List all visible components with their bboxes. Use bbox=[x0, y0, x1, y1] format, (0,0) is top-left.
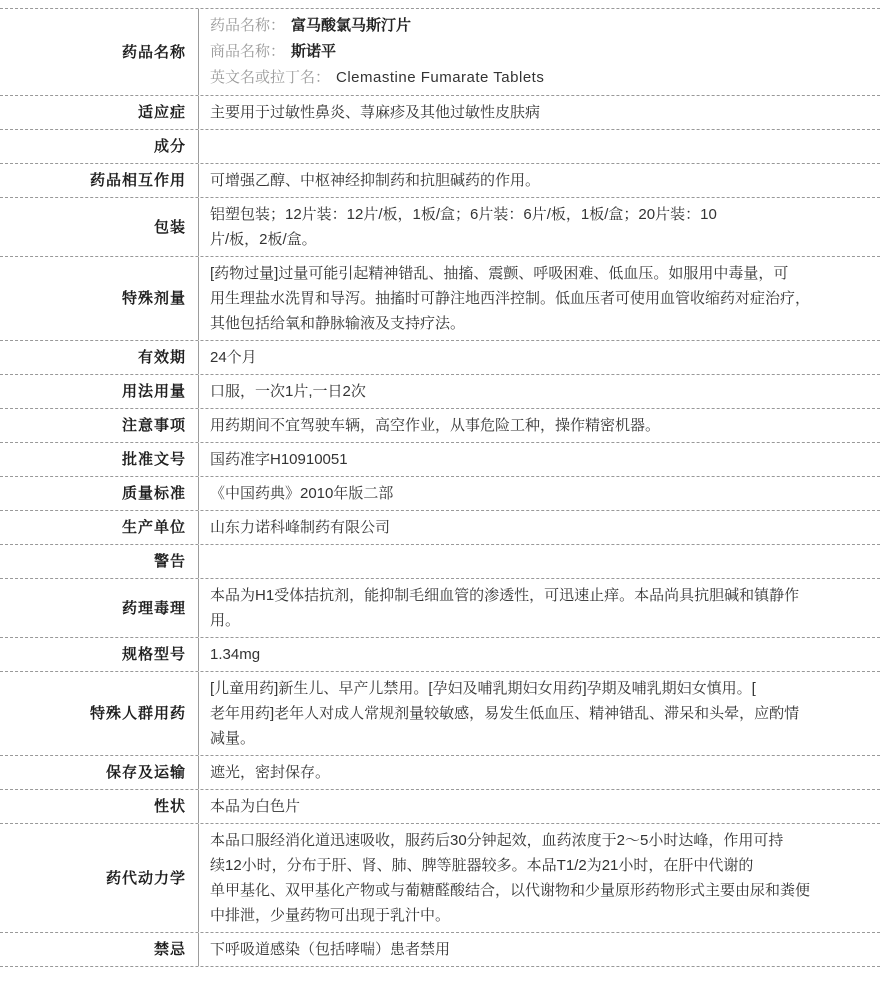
table-row-specification: 规格型号 1.34mg bbox=[0, 638, 880, 672]
row-value: 1.34mg bbox=[199, 638, 880, 671]
row-label: 药品相互作用 bbox=[0, 164, 199, 197]
table-row-approval-number: 批准文号 国药准字H10910051 bbox=[0, 443, 880, 477]
table-row-ingredients: 成分 bbox=[0, 130, 880, 164]
row-label: 注意事项 bbox=[0, 409, 199, 442]
table-row-pharmacokinetics: 药代动力学 本品口服经消化道迅速吸收，服药后30分钟起效，血药浓度于2～5小时达… bbox=[0, 824, 880, 933]
generic-name-key: 药品名称： bbox=[210, 17, 285, 34]
row-label: 成分 bbox=[0, 130, 199, 163]
table-row-indications: 适应症 主要用于过敏性鼻炎、荨麻疹及其他过敏性皮肤病 bbox=[0, 96, 880, 130]
row-value: 可增强乙醇、中枢神经抑制药和抗胆碱药的作用。 bbox=[199, 164, 880, 197]
row-label: 批准文号 bbox=[0, 443, 199, 476]
brand-name-key: 商品名称： bbox=[210, 43, 285, 60]
row-value: 本品为白色片 bbox=[199, 790, 880, 823]
row-label: 禁忌 bbox=[0, 933, 199, 966]
table-row-drug-name: 药品名称 药品名称：富马酸氯马斯汀片 商品名称：斯诺平 英文名或拉丁名：Clem… bbox=[0, 9, 880, 96]
row-value: 遮光，密封保存。 bbox=[199, 756, 880, 789]
table-row-precautions: 注意事项 用药期间不宜驾驶车辆，高空作业，从事危险工种，操作精密机器。 bbox=[0, 409, 880, 443]
row-label: 药理毒理 bbox=[0, 579, 199, 637]
generic-name-line: 药品名称：富马酸氯马斯汀片 bbox=[210, 13, 868, 39]
row-label: 保存及运输 bbox=[0, 756, 199, 789]
row-value: [药物过量]过量可能引起精神错乱、抽搐、震颤、呼吸困难、低血压。如服用中毒量，可… bbox=[199, 257, 880, 340]
row-value: 主要用于过敏性鼻炎、荨麻疹及其他过敏性皮肤病 bbox=[199, 96, 880, 129]
row-label: 警告 bbox=[0, 545, 199, 578]
table-row-contraindications: 禁忌 下呼吸道感染（包括哮喘）患者禁用 bbox=[0, 933, 880, 967]
table-row-storage-transport: 保存及运输 遮光，密封保存。 bbox=[0, 756, 880, 790]
english-name-value: Clemastine Fumarate Tablets bbox=[336, 69, 544, 86]
row-label: 药代动力学 bbox=[0, 824, 199, 932]
row-label: 质量标准 bbox=[0, 477, 199, 510]
table-row-special-dosage: 特殊剂量 [药物过量]过量可能引起精神错乱、抽搐、震颤、呼吸困难、低血压。如服用… bbox=[0, 257, 880, 341]
english-name-key: 英文名或拉丁名： bbox=[210, 69, 330, 86]
brand-name-value: 斯诺平 bbox=[291, 43, 336, 60]
table-row-drug-interactions: 药品相互作用 可增强乙醇、中枢神经抑制药和抗胆碱药的作用。 bbox=[0, 164, 880, 198]
row-value: 本品口服经消化道迅速吸收，服药后30分钟起效，血药浓度于2～5小时达峰，作用可持… bbox=[199, 824, 880, 932]
row-value: 24个月 bbox=[199, 341, 880, 374]
brand-name-line: 商品名称：斯诺平 bbox=[210, 39, 868, 65]
table-row-manufacturer: 生产单位 山东力诺科峰制药有限公司 bbox=[0, 511, 880, 545]
table-row-pharmacology-toxicology: 药理毒理 本品为H1受体拮抗剂，能抑制毛细血管的渗透性，可迅速止痒。本品尚具抗胆… bbox=[0, 579, 880, 638]
table-row-warning: 警告 bbox=[0, 545, 880, 579]
row-label: 性状 bbox=[0, 790, 199, 823]
row-value: 用药期间不宜驾驶车辆，高空作业，从事危险工种，操作精密机器。 bbox=[199, 409, 880, 442]
row-label: 用法用量 bbox=[0, 375, 199, 408]
row-label: 药品名称 bbox=[0, 9, 199, 95]
row-label: 生产单位 bbox=[0, 511, 199, 544]
row-value bbox=[199, 545, 880, 578]
table-row-packaging: 包装 铝塑包装；12片装：12片/板，1板/盒；6片装：6片/板，1板/盒；20… bbox=[0, 198, 880, 257]
table-row-dosage-usage: 用法用量 口服，一次1片,一日2次 bbox=[0, 375, 880, 409]
row-value: 《中国药典》2010年版二部 bbox=[199, 477, 880, 510]
english-name-line: 英文名或拉丁名：Clemastine Fumarate Tablets bbox=[210, 65, 868, 91]
row-value: 下呼吸道感染（包括哮喘）患者禁用 bbox=[199, 933, 880, 966]
row-value: 铝塑包装；12片装：12片/板，1板/盒；6片装：6片/板，1板/盒；20片装：… bbox=[199, 198, 880, 256]
row-label: 规格型号 bbox=[0, 638, 199, 671]
row-value: [儿童用药]新生儿、早产儿禁用。[孕妇及哺乳期妇女用药]孕期及哺乳期妇女慎用。[… bbox=[199, 672, 880, 755]
generic-name-value: 富马酸氯马斯汀片 bbox=[291, 17, 411, 34]
row-value: 山东力诺科峰制药有限公司 bbox=[199, 511, 880, 544]
row-value bbox=[199, 130, 880, 163]
row-value: 本品为H1受体拮抗剂，能抑制毛细血管的渗透性，可迅速止痒。本品尚具抗胆碱和镇静作… bbox=[199, 579, 880, 637]
row-label: 有效期 bbox=[0, 341, 199, 374]
table-row-description: 性状 本品为白色片 bbox=[0, 790, 880, 824]
row-label: 适应症 bbox=[0, 96, 199, 129]
row-value: 口服，一次1片,一日2次 bbox=[199, 375, 880, 408]
row-label: 特殊剂量 bbox=[0, 257, 199, 340]
row-value-drug-name: 药品名称：富马酸氯马斯汀片 商品名称：斯诺平 英文名或拉丁名：Clemastin… bbox=[199, 9, 880, 95]
table-row-special-populations: 特殊人群用药 [儿童用药]新生儿、早产儿禁用。[孕妇及哺乳期妇女用药]孕期及哺乳… bbox=[0, 672, 880, 756]
table-row-quality-standard: 质量标准 《中国药典》2010年版二部 bbox=[0, 477, 880, 511]
row-label: 包装 bbox=[0, 198, 199, 256]
row-value: 国药准字H10910051 bbox=[199, 443, 880, 476]
table-row-shelf-life: 有效期 24个月 bbox=[0, 341, 880, 375]
row-label: 特殊人群用药 bbox=[0, 672, 199, 755]
drug-info-table: 药品名称 药品名称：富马酸氯马斯汀片 商品名称：斯诺平 英文名或拉丁名：Clem… bbox=[0, 8, 880, 967]
